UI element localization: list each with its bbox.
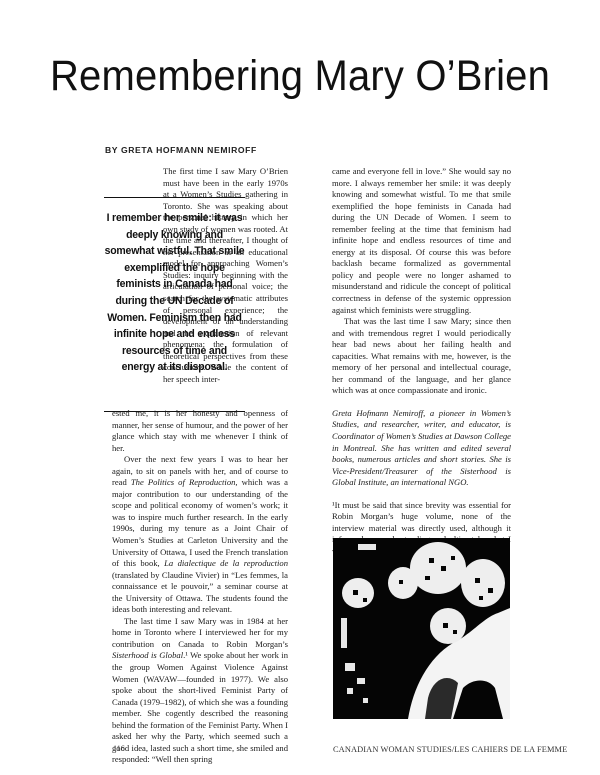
author-bio: Greta Hofmann Nemiroff, a pioneer in Wom… bbox=[332, 408, 511, 489]
text: Decade of Women. I seem to remember feel… bbox=[332, 212, 511, 314]
paragraph: The first time I saw Mary O’Brien must h… bbox=[163, 166, 288, 385]
text: .¹ We spoke about her work in the group … bbox=[112, 650, 288, 764]
column-2: came and everyone fell in love.” She wou… bbox=[332, 166, 511, 558]
journal-name: CANADIAN WOMAN STUDIES/LES CAHIERS DE LA… bbox=[333, 745, 567, 754]
paragraph: That was the last time I saw Mary; since… bbox=[332, 316, 511, 397]
paragraph: came and everyone fell in love.” She wou… bbox=[332, 166, 511, 316]
byline: BY GRETA HOFMANN NEMIROFF bbox=[105, 145, 257, 155]
paragraph: The last time I saw Mary was in 1984 at … bbox=[112, 616, 288, 766]
book-title: Sisterhood is Global bbox=[112, 650, 183, 660]
article-title: Remembering Mary O’Brien bbox=[21, 52, 579, 101]
text: (translated by Claudine Vivier) in “Les … bbox=[112, 570, 288, 615]
column-1-wide: ested me, it is her honesty and openness… bbox=[112, 408, 288, 766]
page-number: 116 bbox=[113, 744, 125, 753]
paragraph: ested me, it is her honesty and openness… bbox=[112, 408, 288, 454]
text: , which was a major contribution to our … bbox=[112, 477, 288, 568]
book-title: La dialectique de la reproduction bbox=[164, 558, 288, 568]
paragraph: Over the next few years I was to hear he… bbox=[112, 454, 288, 616]
text: The last time I saw Mary was in 1984 at … bbox=[112, 616, 288, 649]
acronym: UN bbox=[376, 212, 388, 222]
photograph bbox=[333, 538, 510, 719]
photo-image bbox=[333, 538, 510, 719]
book-title: The Politics of Reproduction bbox=[131, 477, 236, 487]
column-1-narrow: The first time I saw Mary O’Brien must h… bbox=[163, 166, 288, 385]
